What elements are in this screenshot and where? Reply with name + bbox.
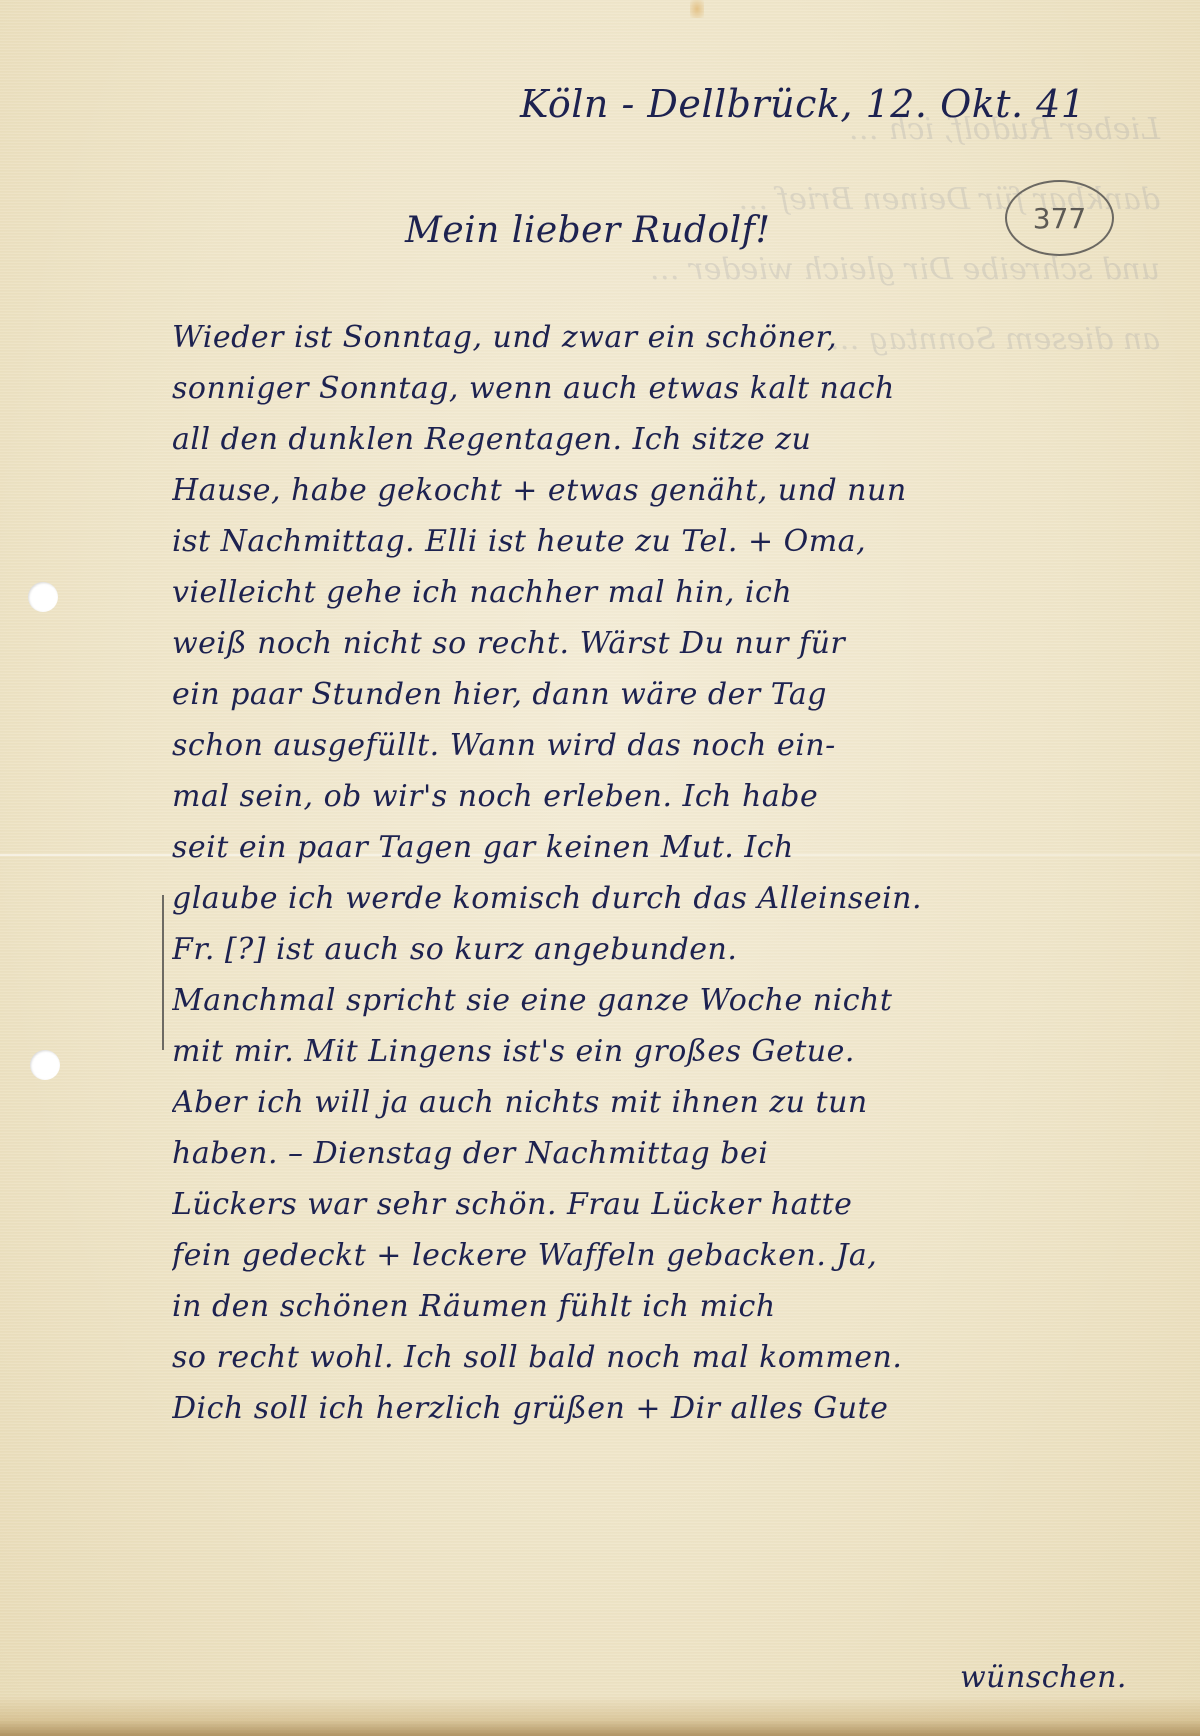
- bottom-edge-stain: [0, 1696, 1200, 1736]
- body-line: mal sein, ob wir's noch erleben. Ich hab…: [172, 779, 1192, 830]
- body-line: Wieder ist Sonntag, und zwar ein schöner…: [172, 320, 1192, 371]
- body-line: weiß noch nicht so recht. Wärst Du nur f…: [172, 626, 1192, 677]
- body-line: sonniger Sonntag, wenn auch etwas kalt n…: [172, 371, 1192, 422]
- body-line: so recht wohl. Ich soll bald noch mal ko…: [172, 1340, 1192, 1391]
- body-line: Hause, habe gekocht + etwas genäht, und …: [172, 473, 1192, 524]
- letter-page: Lieber Rudolf, ich … dankbar für Deinen …: [0, 0, 1200, 1736]
- body-line: glaube ich werde komisch durch das Allei…: [172, 881, 1192, 932]
- closing-word: wünschen.: [960, 1660, 1127, 1695]
- body-line: in den schönen Räumen fühlt ich mich: [172, 1289, 1192, 1340]
- place-date-line: Köln - Dellbrück, 12. Okt. 41: [520, 82, 1086, 126]
- body-line: Lückers war sehr schön. Frau Lücker hatt…: [172, 1187, 1192, 1238]
- body-line: Dich soll ich herzlich grüßen + Dir alle…: [172, 1391, 1192, 1442]
- stain-spot: [690, 0, 704, 18]
- archive-number-circled: 377: [1005, 180, 1114, 256]
- body-line: schon ausgefüllt. Wann wird das noch ein…: [172, 728, 1192, 779]
- margin-pencil-line: [162, 895, 164, 1050]
- body-line: seit ein paar Tagen gar keinen Mut. Ich: [172, 830, 1192, 881]
- body-line: mit mir. Mit Lingens ist's ein großes Ge…: [172, 1034, 1192, 1085]
- body-line: ein paar Stunden hier, dann wäre der Tag: [172, 677, 1192, 728]
- punch-hole-top: [28, 582, 58, 612]
- body-line: all den dunklen Regentagen. Ich sitze zu: [172, 422, 1192, 473]
- body-line: Fr. [?] ist auch so kurz angebunden.: [172, 932, 1192, 983]
- letter-body: Wieder ist Sonntag, und zwar ein schöner…: [172, 320, 1192, 1442]
- body-line: fein gedeckt + leckere Waffeln gebacken.…: [172, 1238, 1192, 1289]
- body-line: haben. – Dienstag der Nachmittag bei: [172, 1136, 1192, 1187]
- punch-hole-bottom: [30, 1050, 60, 1080]
- body-line: Manchmal spricht sie eine ganze Woche ni…: [172, 983, 1192, 1034]
- body-line: Aber ich will ja auch nichts mit ihnen z…: [172, 1085, 1192, 1136]
- salutation: Mein lieber Rudolf!: [405, 210, 770, 251]
- archive-number: 377: [1033, 202, 1086, 235]
- body-line: ist Nachmittag. Elli ist heute zu Tel. +…: [172, 524, 1192, 575]
- body-line: vielleicht gehe ich nachher mal hin, ich: [172, 575, 1192, 626]
